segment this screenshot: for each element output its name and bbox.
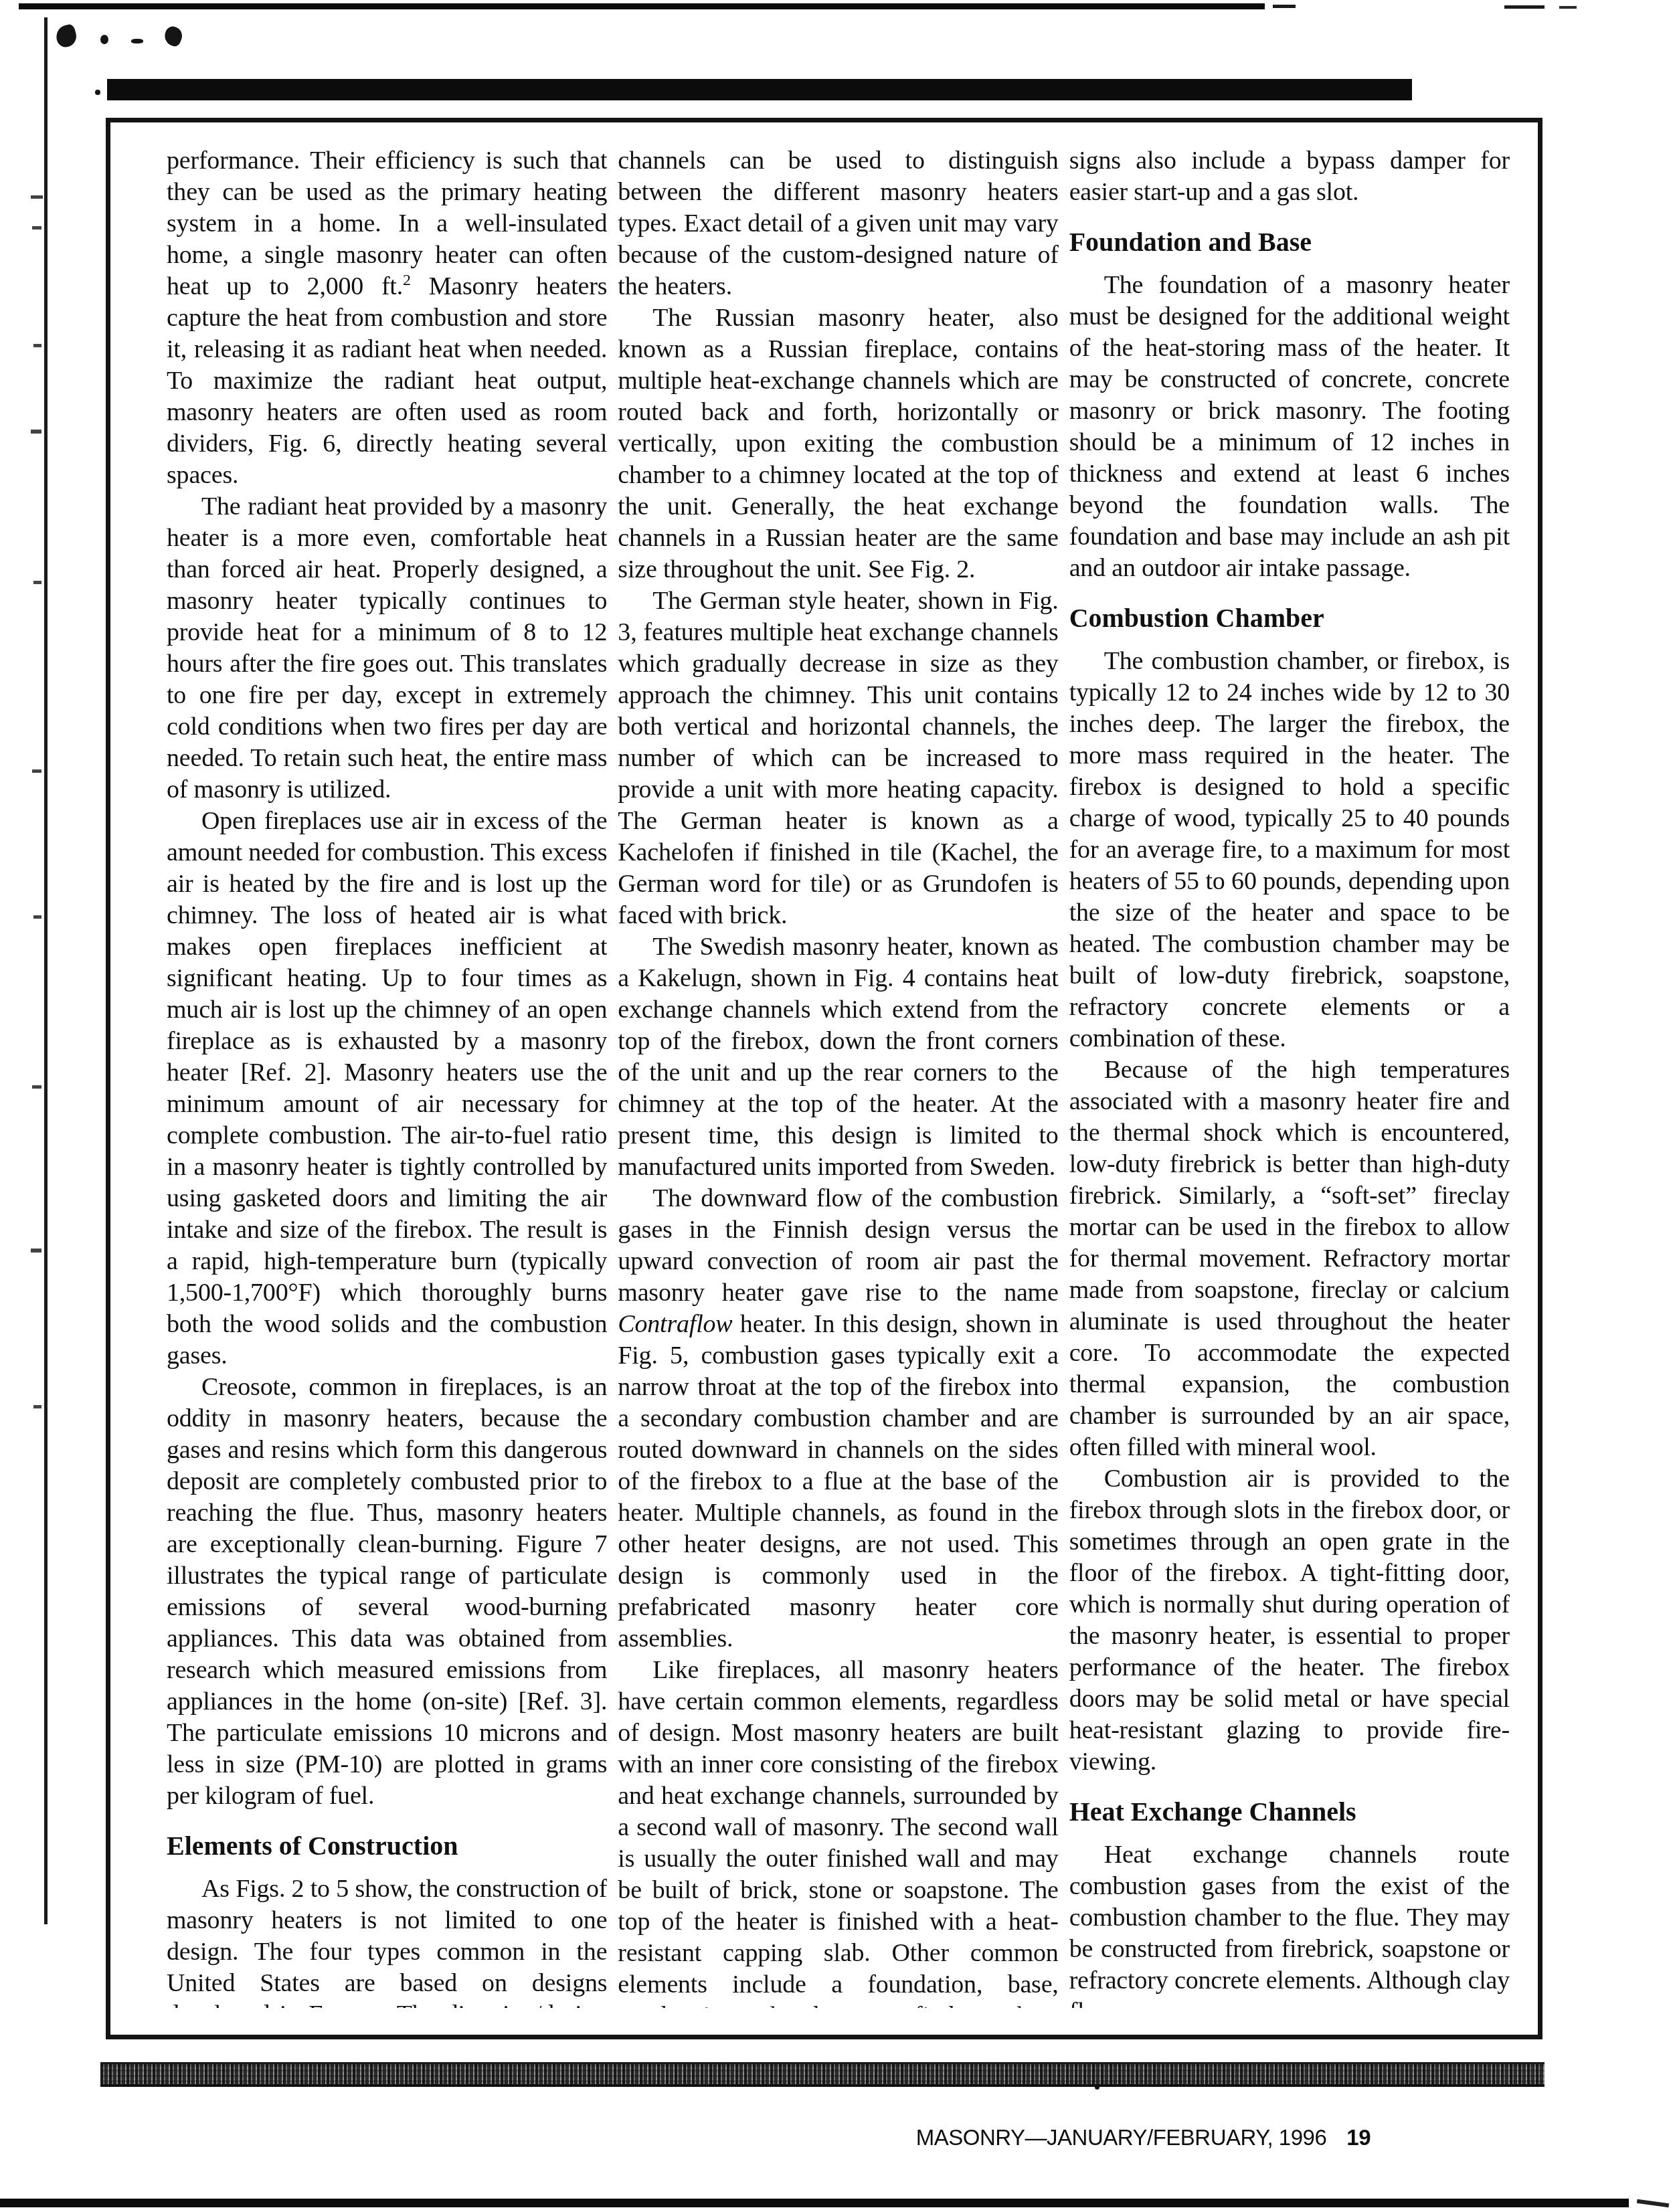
- text-column-3: signs also include a bypass damper for e…: [1069, 145, 1510, 2008]
- italic-term-contraflow: Contraflow: [618, 1310, 732, 1338]
- paragraph-text: heater. In this design, shown in Fig. 5,…: [618, 1310, 1058, 1653]
- scan-noise-band: [100, 2062, 1544, 2087]
- scan-tick-mark: [31, 1249, 41, 1253]
- scanned-magazine-page: performance. Their efficiency is such th…: [0, 0, 1677, 2212]
- paragraph: The German style heater, shown in Fig. 3…: [618, 585, 1058, 931]
- scan-tick-mark: [32, 769, 41, 773]
- paragraph: performance. Their efficiency is such th…: [167, 145, 607, 491]
- paragraph-text: Masonry heaters capture the heat from co…: [167, 272, 607, 489]
- paragraph: Open fireplaces use air in excess of the…: [167, 806, 607, 1372]
- paragraph: Creosote, common in fireplaces, is an od…: [167, 1372, 607, 1812]
- text-column-1: performance. Their efficiency is such th…: [167, 145, 607, 2008]
- top-edge-rule-dash: [1559, 6, 1577, 9]
- ink-speck: [131, 39, 143, 43]
- ink-speck: [100, 35, 108, 44]
- left-margin-rule: [44, 17, 48, 1924]
- text-column-2: channels can be used to distinguish betw…: [618, 145, 1058, 2008]
- page-footer: MASONRY—JANUARY/FEBRUARY, 199619: [916, 2125, 1371, 2150]
- page-number: 19: [1346, 2125, 1371, 2150]
- scan-tick-mark: [32, 1085, 41, 1089]
- header-black-bar: [107, 79, 1412, 100]
- ink-speck: [54, 23, 78, 50]
- paragraph: Heat exchange channels route combustion …: [1069, 1839, 1510, 2008]
- heading-combustion-chamber: Combustion Chamber: [1069, 603, 1510, 634]
- paragraph: The Swedish masonry heater, known as a K…: [618, 931, 1058, 1183]
- journal-title: MASONRY—JANUARY/FEBRUARY, 1996: [916, 2125, 1326, 2150]
- paragraph: channels can be used to distinguish betw…: [618, 145, 1058, 302]
- scan-tick-mark: [33, 1405, 41, 1408]
- heading-heat-exchange-channels: Heat Exchange Channels: [1069, 1796, 1510, 1827]
- paragraph: The Russian masonry heater, also known a…: [618, 302, 1058, 585]
- paragraph-text: The downward flow of the combustion gase…: [618, 1184, 1058, 1307]
- paragraph: Because of the high temperatures associa…: [1069, 1054, 1510, 1463]
- scan-tick-mark: [31, 430, 41, 434]
- heading-foundation-and-base: Foundation and Base: [1069, 227, 1510, 258]
- scan-tick-mark: [33, 581, 41, 584]
- top-edge-rule-dash: [1273, 5, 1296, 8]
- bottom-edge-rule: [0, 2199, 1629, 2207]
- paragraph: The foundation of a masonry heater must …: [1069, 270, 1510, 584]
- paragraph: Like fireplaces, all masonry heaters hav…: [618, 1655, 1058, 2008]
- top-edge-rule-dash: [1504, 5, 1544, 9]
- ink-speck: [95, 90, 100, 95]
- scan-tick-mark: [32, 226, 41, 229]
- article-frame: performance. Their efficiency is such th…: [106, 118, 1542, 2039]
- paragraph: The combustion chamber, or firebox, is t…: [1069, 646, 1510, 1054]
- scan-tick-mark: [33, 915, 41, 919]
- scan-tick-mark: [31, 195, 43, 199]
- superscript-2: 2: [403, 272, 411, 289]
- scan-tick-mark: [33, 344, 41, 347]
- paragraph: The radiant heat provided by a masonry h…: [167, 491, 607, 806]
- ink-speck: [162, 24, 185, 48]
- paragraph: Combustion air is provided to the firebo…: [1069, 1463, 1510, 1778]
- top-edge-rule: [19, 3, 1265, 9]
- paragraph: As Figs. 2 to 5 show, the construction o…: [167, 1873, 607, 2008]
- heading-elements-of-construction: Elements of Construction: [167, 1831, 607, 1861]
- bottom-edge-rule-dash: [1637, 2199, 1669, 2208]
- paragraph: signs also include a bypass damper for e…: [1069, 145, 1510, 208]
- paragraph: The downward flow of the combustion gase…: [618, 1183, 1058, 1655]
